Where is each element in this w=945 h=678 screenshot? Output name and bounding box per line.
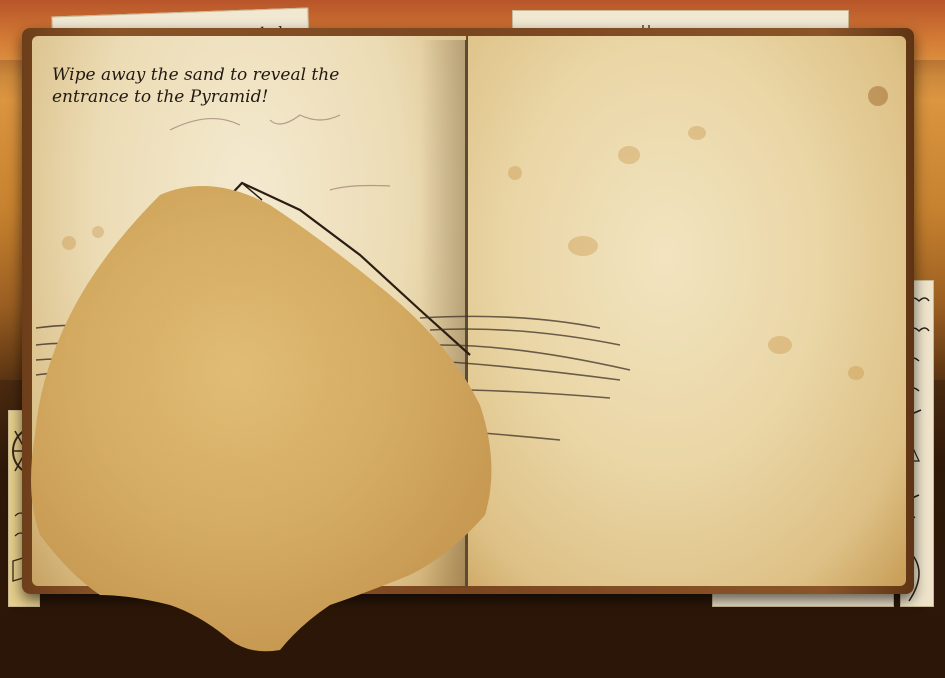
game-scene: The pyramid can only be pyramid [0,0,945,678]
instruction-line-2: entrance to the Pyramid! [52,86,352,108]
instruction-line-1: Wipe away the sand to reveal the [52,64,352,86]
instruction-text: Wipe away the sand to reveal the entranc… [52,64,352,108]
sand-pile-erasable[interactable] [30,175,500,655]
